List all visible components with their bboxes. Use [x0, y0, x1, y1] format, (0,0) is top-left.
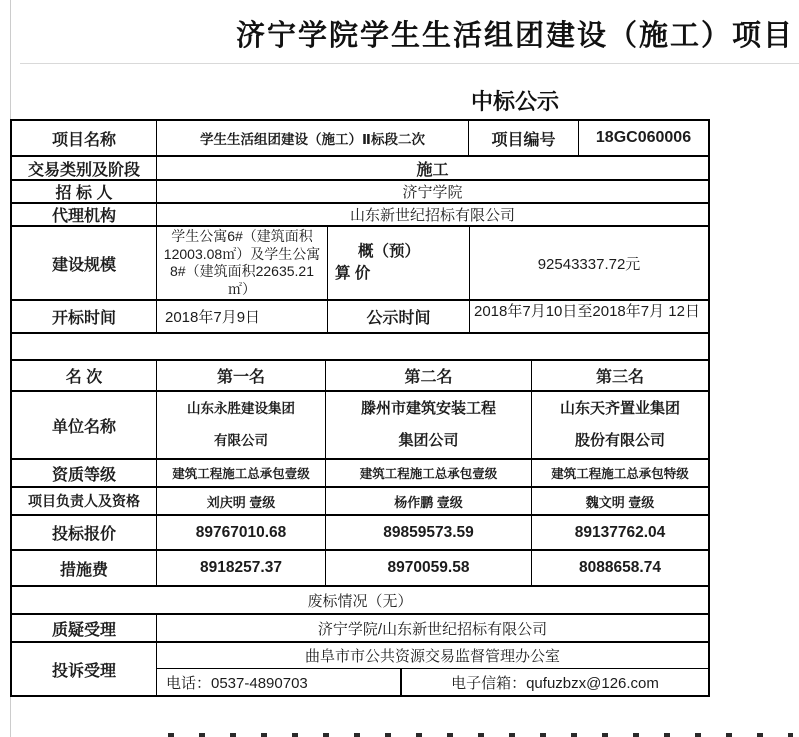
rank-second: 第二名	[326, 361, 532, 390]
spacer-row	[12, 334, 708, 361]
complaint-label: 投诉受理	[12, 643, 157, 695]
invalid-bids-value: 废标情况（无）	[12, 587, 708, 613]
project-code-value: 18GC060006	[579, 121, 708, 155]
tenderee-label: 招 标 人	[12, 181, 157, 202]
rank-first: 第一名	[157, 361, 326, 390]
complaint-contact-row: 电话：0537-4890703 电子信箱：qufuzbzx@126.com	[157, 669, 708, 695]
project-name-value: 学生生活组团建设（施工）Ⅱ标段二次	[157, 121, 469, 155]
clipped-next-row	[168, 733, 793, 737]
row-managers: 项目负责人及资格 刘庆明 壹级 杨作鹏 壹级 魏文明 壹级	[12, 488, 708, 516]
objection-label: 质疑受理	[12, 615, 157, 641]
category-value: 施工	[157, 157, 708, 179]
qualification-label: 资质等级	[12, 460, 157, 486]
category-label: 交易类别及阶段	[12, 157, 157, 179]
qualification-2: 建筑工程施工总承包壹级	[326, 460, 532, 486]
tenderee-value: 济宁学院	[157, 181, 708, 202]
row-project-name: 项目名称 学生生活组团建设（施工）Ⅱ标段二次 项目编号 18GC060006	[12, 121, 708, 157]
manager-label: 项目负责人及资格	[12, 488, 157, 514]
bid-open-label: 开标时间	[12, 301, 157, 332]
objection-value: 济宁学院/山东新世纪招标有限公司	[157, 615, 708, 641]
title-divider	[20, 63, 799, 64]
qualification-3: 建筑工程施工总承包特级	[532, 460, 708, 486]
company-3: 山东天齐置业集团 股份有限公司	[532, 392, 708, 458]
row-tenderee: 招 标 人 济宁学院	[12, 181, 708, 204]
manager-1: 刘庆明 壹级	[157, 488, 326, 514]
budget-label: 概（预） 算 价	[328, 227, 470, 299]
price-2: 89859573.59	[326, 516, 532, 549]
publicity-label: 公示时间	[328, 301, 470, 332]
budget-label-line2: 算 价	[328, 263, 370, 285]
company-2-line1: 滕州市建筑安装工程	[361, 401, 496, 417]
project-name-label: 项目名称	[12, 121, 157, 155]
complaint-phone: 电话：0537-4890703	[157, 669, 402, 695]
row-objection: 质疑受理 济宁学院/山东新世纪招标有限公司	[12, 615, 708, 643]
row-scale-budget: 建设规模 学生公寓6#（建筑面积12003.08㎡）及学生公寓8#（建筑面积22…	[12, 227, 708, 301]
rank-third: 第三名	[532, 361, 708, 390]
measure-fee-2: 8970059.58	[326, 551, 532, 585]
company-1-line1: 山东永胜建设集团	[187, 401, 295, 417]
company-3-line2: 股份有限公司	[575, 433, 665, 449]
complaint-office: 曲阜市市公共资源交易监督管理办公室	[157, 643, 708, 669]
company-label: 单位名称	[12, 392, 157, 458]
scale-label: 建设规模	[12, 227, 157, 299]
company-1: 山东永胜建设集团 有限公司	[157, 392, 326, 458]
agency-label: 代理机构	[12, 204, 157, 225]
company-2: 滕州市建筑安装工程 集团公司	[326, 392, 532, 458]
row-dates: 开标时间 2018年7月9日 公示时间 2018年7月10日至2018年7月 1…	[12, 301, 708, 334]
budget-label-line1: 概（预）	[328, 241, 420, 263]
price-label: 投标报价	[12, 516, 157, 549]
price-1: 89767010.68	[157, 516, 326, 549]
scale-value: 学生公寓6#（建筑面积12003.08㎡）及学生公寓8#（建筑面积22635.2…	[157, 227, 328, 299]
row-complaint: 投诉受理 曲阜市市公共资源交易监督管理办公室 电话：0537-4890703 电…	[12, 643, 708, 695]
row-measure-fees: 措施费 8918257.37 8970059.58 8088658.74	[12, 551, 708, 587]
publicity-period: 2018年7月10日至2018年7月 12日	[470, 301, 708, 332]
agency-value: 山东新世纪招标有限公司	[157, 204, 708, 225]
row-rank-header: 名 次 第一名 第二名 第三名	[12, 361, 708, 392]
company-3-line1: 山东天齐置业集团	[560, 401, 680, 417]
rank-label: 名 次	[12, 361, 157, 390]
document: 济宁学院学生生活组团建设（施工）项目 中标公示 项目名称 学生生活组团建设（施工…	[10, 0, 799, 697]
complaint-email: 电子信箱：qufuzbzx@126.com	[402, 669, 708, 695]
company-2-line2: 集团公司	[398, 433, 458, 449]
price-3: 89137762.04	[532, 516, 708, 549]
complaint-details: 曲阜市市公共资源交易监督管理办公室 电话：0537-4890703 电子信箱：q…	[157, 643, 708, 695]
row-bid-prices: 投标报价 89767010.68 89859573.59 89137762.04	[12, 516, 708, 551]
row-invalid-bids: 废标情况（无）	[12, 587, 708, 615]
project-code-label: 项目编号	[469, 121, 579, 155]
measure-fee-3: 8088658.74	[532, 551, 708, 585]
row-companies: 单位名称 山东永胜建设集团 有限公司 滕州市建筑安装工程 集团公司 山东天齐置业…	[12, 392, 708, 460]
measure-fee-label: 措施费	[12, 551, 157, 585]
bid-announcement-table: 项目名称 学生生活组团建设（施工）Ⅱ标段二次 项目编号 18GC060006 交…	[10, 119, 710, 697]
manager-2: 杨作鹏 壹级	[326, 488, 532, 514]
manager-3: 魏文明 壹级	[532, 488, 708, 514]
row-agency: 代理机构 山东新世纪招标有限公司	[12, 204, 708, 227]
measure-fee-1: 8918257.37	[157, 551, 326, 585]
section-title: 中标公示	[10, 87, 799, 117]
row-category: 交易类别及阶段 施工	[12, 157, 708, 181]
page-title: 济宁学院学生生活组团建设（施工）项目	[10, 0, 799, 54]
company-1-line2: 有限公司	[214, 433, 268, 449]
qualification-1: 建筑工程施工总承包壹级	[157, 460, 326, 486]
row-qualifications: 资质等级 建筑工程施工总承包壹级 建筑工程施工总承包壹级 建筑工程施工总承包特级	[12, 460, 708, 488]
budget-value: 92543337.72元	[470, 227, 708, 299]
bid-open-date: 2018年7月9日	[157, 301, 328, 332]
